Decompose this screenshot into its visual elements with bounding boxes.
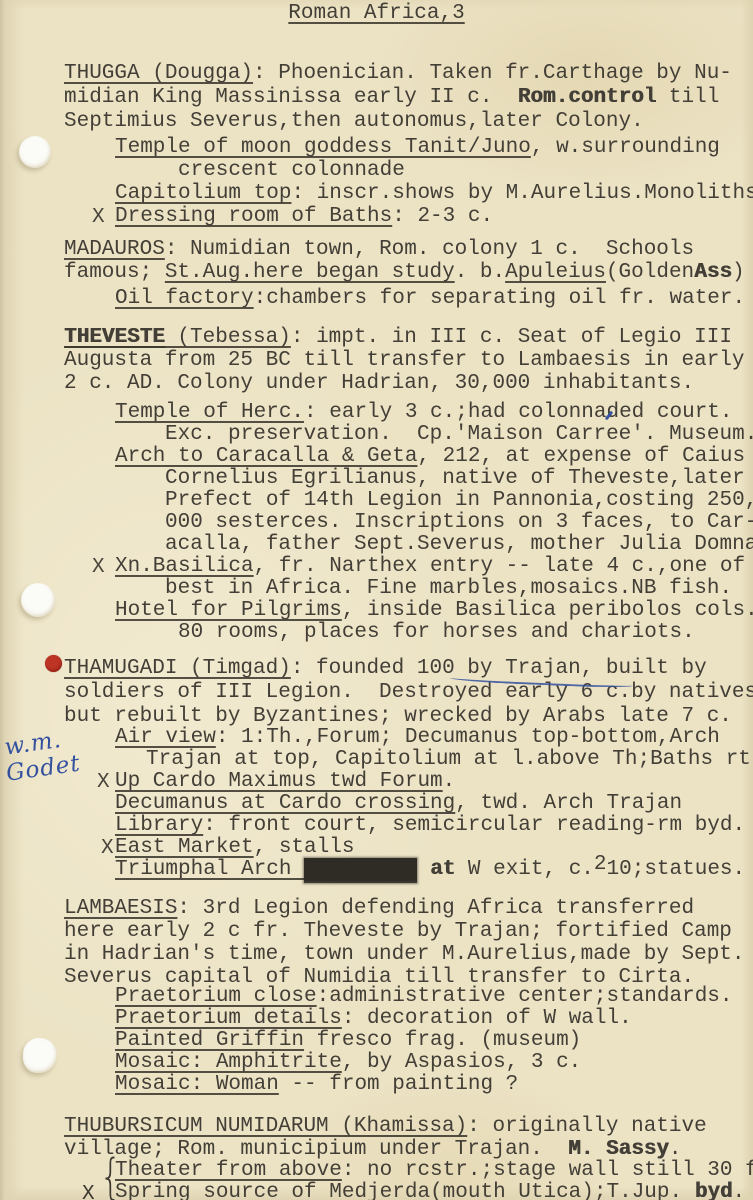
x-mark: X — [101, 838, 114, 860]
text-block: Temple of Herc.: early 3 c.;had colonnad… — [0, 402, 753, 644]
text-segment: village; Rom. municipium under Trajan. — [64, 1138, 568, 1161]
text-line: Mosaic: Woman -- from painting ? — [0, 1074, 753, 1096]
text-segment: 80 rooms, places for horses and chariots… — [178, 621, 695, 644]
text-segment: crescent colonnade — [178, 159, 405, 182]
text-line: Praetorium close:administrative center;s… — [0, 986, 753, 1008]
x-mark: X — [97, 772, 110, 794]
text-segment: : early 3 c.;had colonnaded court. — [304, 401, 732, 424]
text-line: Triumphal Arch at W exit, c.210;statues. — [0, 859, 753, 881]
text-line: THAMUGADI (Timgad): founded 100 by Traja… — [0, 657, 753, 681]
text-segment: Septimius Severus,then autonomus,later C… — [64, 110, 644, 133]
text-segment: : 3rd Legion defending Africa transferre… — [177, 897, 694, 920]
text-segment: Theater from above — [115, 1159, 342, 1182]
text-line: in Hadrian's time, town under M.Aurelius… — [0, 943, 753, 966]
text-segment: midian King Massinissa early II c. — [64, 86, 518, 109]
text-line: Augusta from 25 BC till transfer to Lamb… — [0, 349, 753, 372]
text-line: THUBURSICUM NUMIDARUM (Khamissa): origin… — [0, 1115, 753, 1138]
text-line: 80 rooms, places for horses and chariots… — [0, 622, 753, 644]
text-segment: but rebuilt by Byzantines; wrecked by Ar… — [64, 705, 732, 728]
text-line: THEVESTE (Tebessa): impt. in III c. Seat… — [0, 326, 753, 349]
text-segment: , fr. Narthex entry -- late 4 c.,one of — [254, 555, 745, 578]
text-line: here early 2 c fr. Theveste by Trajan; f… — [0, 920, 753, 943]
text-line: Painted Griffin fresco frag. (museum) — [0, 1030, 753, 1052]
text-line: crescent colonnade — [0, 159, 753, 182]
text-segment: , 212, at expense of Caius — [417, 445, 745, 468]
text-segment: , twd. Arch Trajan — [455, 792, 682, 815]
text-segment: 000 sesterces. Inscriptions on 3 faces, … — [165, 511, 753, 534]
text-segment: soldiers of III Legion. Destroyed early … — [64, 681, 753, 704]
text-segment: THUBURSICUM NUMIDARUM (Khamissa) — [64, 1115, 467, 1138]
text-segment: Library — [115, 814, 203, 837]
text-segment: fresco frag. (museum) — [304, 1029, 581, 1052]
text-segment: East Market — [115, 836, 254, 859]
text-segment: Oil factory — [115, 287, 254, 310]
text-segment: Ass — [694, 261, 732, 284]
text-line: XUp Cardo Maximus twd Forum. — [0, 771, 753, 793]
text-line: XXn.Basilica, fr. Narthex entry -- late … — [0, 556, 753, 578]
page-title-text: Roman Africa,3 — [288, 2, 464, 25]
text-segment: Exc. preservation. Cp.'Maison Carree'. M… — [165, 423, 753, 446]
text-segment: Trajan at top, Capitolium at l.above Th;… — [146, 748, 753, 771]
text-line: famous; St.Aug.here began study. b.Apule… — [0, 261, 753, 284]
text-block: MADAUROS: Numidian town, Rom. colony 1 c… — [0, 238, 753, 284]
x-mark: X — [82, 1183, 95, 1200]
text-segment: : Phoenician. Taken fr.Carthage by Nu- — [253, 62, 732, 85]
text-segment: LAMBAESIS — [64, 897, 177, 920]
text-segment: , w.surrounding — [531, 136, 720, 159]
text-block: THUGGA (Dougga): Phoenician. Taken fr.Ca… — [0, 62, 753, 134]
text-segment: Dressing room of Baths — [115, 205, 392, 228]
text-segment: Decumanus at Cardo crossing — [115, 792, 455, 815]
page-title: Roman Africa,3 — [0, 2, 753, 26]
text-segment: St.Aug.here began study — [165, 261, 455, 284]
text-segment: Apuleius — [505, 261, 606, 284]
text-line: Temple of moon goddess Tanit/Juno, w.sur… — [0, 136, 753, 159]
text-segment: Hotel for Pilgrims — [115, 599, 342, 622]
text-line: best in Africa. Fine marbles,mosaics.NB … — [0, 578, 753, 600]
text-line: Mosaic: Amphitrite, by Aspasios, 3 c. — [0, 1052, 753, 1074]
text-segment: Air view — [115, 726, 216, 749]
text-line: LAMBAESIS: 3rd Legion defending Africa t… — [0, 897, 753, 920]
document-page: Roman Africa,3 THUGGA (Dougga): Phoenici… — [0, 0, 753, 1200]
text-segment: Rom.control — [518, 86, 657, 109]
text-line: Praetorium details: decoration of W wall… — [0, 1008, 753, 1030]
text-segment: W exit, c. — [455, 858, 594, 881]
text-segment: : 2-3 c. — [392, 205, 493, 228]
text-line: 2 c. AD. Colony under Hadrian, 30,000 in… — [0, 372, 753, 395]
text-segment: in Hadrian's time, town under M.Aurelius… — [64, 943, 745, 966]
text-segment: : 1:Th.,Forum; Decumanus top-bottom,Arch — [216, 726, 720, 749]
text-segment: THEVESTE — [64, 326, 165, 349]
text-segment: . — [669, 1138, 682, 1161]
text-line: Cornelius Egrilianus, native of Theveste… — [0, 468, 753, 490]
text-segment: (mouth Utica);T.Jup. — [430, 1181, 695, 1200]
text-block: THEVESTE (Tebessa): impt. in III c. Seat… — [0, 326, 753, 395]
text-line: soldiers of III Legion. Destroyed early … — [0, 681, 753, 705]
text-segment: Temple of moon goddess Tanit/Juno — [115, 136, 531, 159]
text-segment: M. Sassy — [568, 1138, 669, 1161]
text-segment: acalla, father Sept.Severus, mother Juli… — [165, 533, 753, 556]
text-segment: at — [430, 858, 455, 881]
text-segment: 10;statues. — [607, 858, 746, 881]
text-segment: Praetorium details — [115, 1007, 342, 1030]
text-line: THUGGA (Dougga): Phoenician. Taken fr.Ca… — [0, 62, 753, 86]
text-segment: best in Africa. Fine marbles,mosaics.NB … — [165, 577, 732, 600]
text-segment: Prefect of 14th Legion in Pannonia,costi… — [165, 489, 753, 512]
text-segment: Triumphal Arch — [115, 858, 304, 881]
text-segment: : front court, semicircular reading-rm b… — [203, 814, 745, 837]
text-block: THAMUGADI (Timgad): founded 100 by Traja… — [0, 657, 753, 729]
text-line: Oil factory:chambers for separating oil … — [0, 287, 753, 310]
redaction-mark — [304, 858, 417, 883]
text-block: Praetorium close:administrative center;s… — [0, 986, 753, 1096]
text-segment: Mosaic: Amphitrite — [115, 1051, 342, 1074]
text-segment: : originally native — [467, 1115, 706, 1138]
text-segment: Temple of Herc. — [115, 401, 304, 424]
text-line: midian King Massinissa early II c. Rom.c… — [0, 86, 753, 110]
text-line: Hotel for Pilgrims, inside Basilica peri… — [0, 600, 753, 622]
text-segment: -- from painting ? — [279, 1073, 518, 1096]
text-block: Temple of moon goddess Tanit/Juno, w.sur… — [0, 136, 753, 228]
text-line: Prefect of 14th Legion in Pannonia,costi… — [0, 490, 753, 512]
text-segment: . — [733, 1181, 746, 1200]
text-segment: (Tebessa) — [165, 326, 291, 349]
text-line: Decumanus at Cardo crossing, twd. Arch T… — [0, 793, 753, 815]
text-segment: . b. — [455, 261, 505, 284]
text-line: Temple of Herc.: early 3 c.;had colonnad… — [0, 402, 753, 424]
text-segment — [417, 858, 430, 881]
text-line: Exc. preservation. Cp.'Maison Carree'. M… — [0, 424, 753, 446]
text-line: Septimius Severus,then autonomus,later C… — [0, 110, 753, 134]
text-segment: Painted Griffin — [115, 1029, 304, 1052]
text-segment: , stalls — [254, 836, 355, 859]
text-segment: here early 2 c fr. Theveste by Trajan; f… — [64, 920, 732, 943]
text-segment: Mosaic: Woman — [115, 1073, 279, 1096]
text-segment: ) — [732, 261, 745, 284]
text-segment: : inscr.shows by M.Aurelius.Monoliths — [291, 182, 753, 205]
text-segment: THAMUGADI (Timgad) — [64, 657, 291, 680]
text-segment: Augusta from 25 BC till transfer to Lamb… — [64, 349, 745, 372]
text-line: XDressing room of Baths: 2-3 c. — [0, 205, 753, 228]
red-dot-marker — [45, 655, 62, 672]
text-line: Arch to Caracalla & Geta, 212, at expens… — [0, 446, 753, 468]
text-segment: : impt. in III c. Seat of Legio III — [291, 326, 732, 349]
text-block: LAMBAESIS: 3rd Legion defending Africa t… — [0, 897, 753, 989]
text-line: Library: front court, semicircular readi… — [0, 815, 753, 837]
x-mark: X — [92, 557, 105, 579]
text-segment: famous; — [64, 261, 165, 284]
text-block: Oil factory:chambers for separating oil … — [0, 287, 753, 310]
text-segment: :chambers for separating oil fr. water. — [254, 287, 745, 310]
text-line: 000 sesterces. Inscriptions on 3 faces, … — [0, 512, 753, 534]
text-segment: : no rcstr.;stage wall still 30 ft. — [342, 1159, 753, 1182]
text-segment: 2 — [594, 853, 607, 876]
text-segment: Spring source of Medjerda — [115, 1181, 430, 1200]
x-mark: X — [92, 206, 105, 229]
text-segment: : Numidian town, Rom. colony 1 c. School… — [165, 238, 694, 261]
text-segment: 2 c. AD. Colony under Hadrian, 30,000 in… — [64, 372, 694, 395]
text-line: acalla, father Sept.Severus, mother Juli… — [0, 534, 753, 556]
text-segment: Xn.Basilica — [115, 555, 254, 578]
text-segment: :administrative center;standards. — [317, 985, 733, 1008]
text-segment: . — [443, 770, 456, 793]
text-segment: (Golden — [606, 261, 694, 284]
brace-mark: { — [100, 1150, 122, 1200]
text-segment: byd — [695, 1181, 733, 1200]
text-segment: Arch to Caracalla & Geta — [115, 445, 417, 468]
text-segment: till — [656, 86, 719, 109]
text-segment: MADAUROS — [64, 238, 165, 261]
text-segment: : decoration of W wall. — [342, 1007, 632, 1030]
text-line: MADAUROS: Numidian town, Rom. colony 1 c… — [0, 238, 753, 261]
text-line: XEast Market, stalls — [0, 837, 753, 859]
text-segment: , by Aspasios, 3 c. — [342, 1051, 581, 1074]
text-segment: Capitolium top — [115, 182, 291, 205]
text-line: Capitolium top: inscr.shows by M.Aureliu… — [0, 182, 753, 205]
text-segment: THUGGA (Dougga) — [64, 62, 253, 85]
text-segment: Up Cardo Maximus twd Forum — [115, 770, 443, 793]
text-segment: Cornelius Egrilianus, native of Theveste… — [165, 467, 745, 490]
text-segment: Praetorium close — [115, 985, 317, 1008]
text-segment: , inside Basilica peribolos cols. — [342, 599, 753, 622]
